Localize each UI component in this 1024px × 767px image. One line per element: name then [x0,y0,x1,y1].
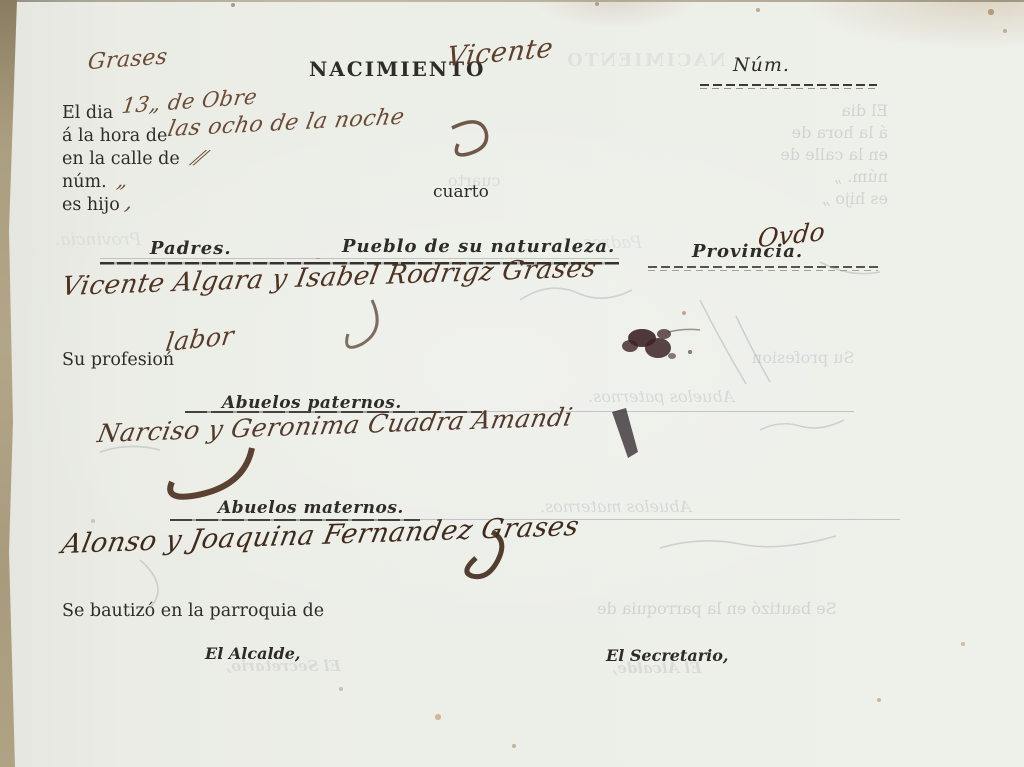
num2-label: núm. [62,172,107,192]
ghost-title: NACIMIENTO [565,50,726,71]
calle-label: en la calle de [62,149,180,169]
ghost-line: á la hora de [742,122,888,144]
el-dia-label: El dia [62,103,113,123]
ghost-bautizo-label: Se bautizó en la parroquia de [597,599,837,618]
padres-label: Padres. [150,238,232,259]
ghost-line: en la calle de [742,144,888,166]
ghost-line: núm. „ [742,166,888,188]
bautizo-label: Se bautizó en la parroquia de [62,601,324,621]
ink-wedge-stroke [612,408,638,458]
hw-hijo: , [123,190,137,215]
hw-provincia-value: Ovdo [756,217,826,254]
ghost-profesion-label: Su profesion [752,348,855,367]
num-label: Núm. [733,54,790,76]
provincia-rule [648,266,878,272]
hw-num: „ [115,168,132,192]
cuarto-text: cuarto [433,182,489,202]
ghost-line: es hijo „ [742,188,888,210]
hw-child-name: Vicente [445,32,555,73]
num-rule [700,84,877,90]
hour-flourish [452,122,487,155]
ghost-line: El dia [742,100,888,122]
profesion-label: Su profesioń [62,350,174,370]
padres-descender [347,300,378,347]
hw-profesion-value: labor [164,321,236,358]
hijo-label: es hijo [62,195,120,215]
secretario-label: El Secretario, [606,646,728,665]
hora-label: á la hora de [62,126,167,146]
ghost-provincia-label: Provincia. [55,230,141,250]
scanned-birth-record-page: NACIMIENTO El dia á la hora de en la cal… [0,0,1024,767]
paternos-descender-flourish [170,448,252,497]
abuelos-maternos-label: Abuelos maternos. [218,498,404,518]
alcalde-label: El Alcalde, [205,644,300,663]
page-left-edge [0,0,20,767]
hw-calle: ⁄⁄ [192,146,207,170]
ink-blot [622,329,700,359]
ghost-abuelos-paternos-label: Abuelos paternos. [588,387,734,406]
hw-corner-note: Grases [87,44,169,75]
foxing-specks [0,0,2,2]
ghost-intro-block: El dia á la hora de en la calle de núm. … [742,100,888,210]
